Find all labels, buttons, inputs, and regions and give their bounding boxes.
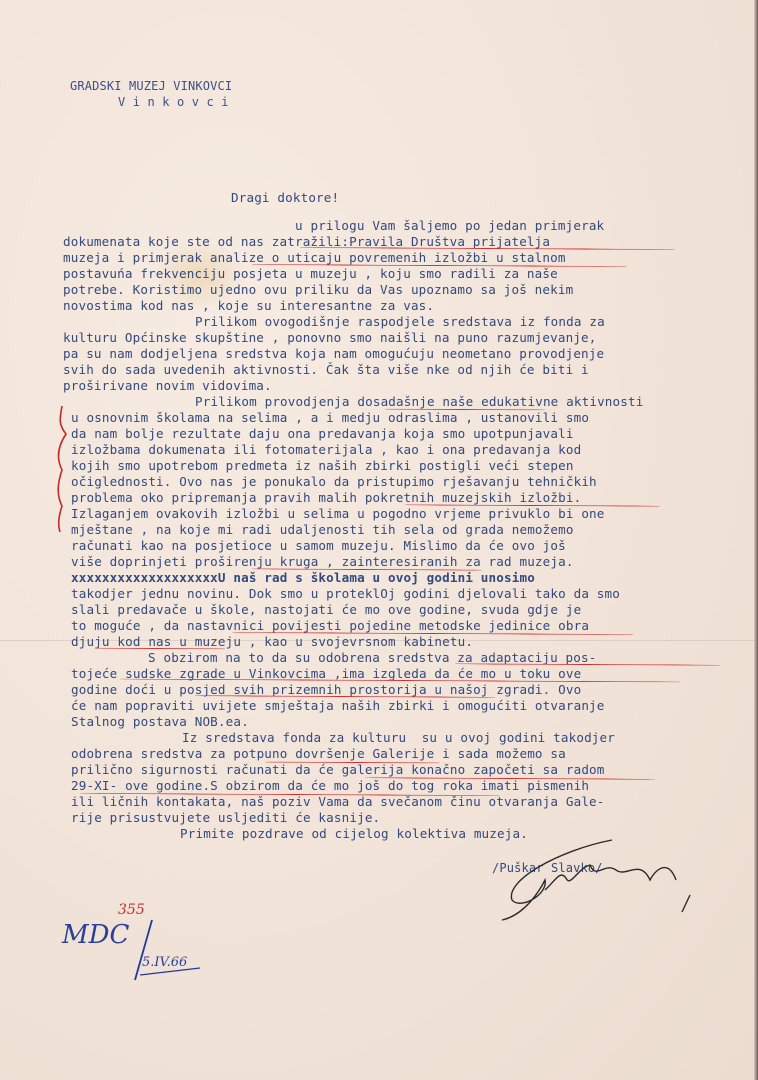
annotation-marks xyxy=(0,0,758,1080)
red-margin-bracket xyxy=(58,406,66,532)
letter-page: GRADSKI MUZEJ VINKOVCI V i n k o v c i D… xyxy=(0,0,758,1080)
registry-date: 5.IV.66 xyxy=(142,955,187,970)
registry-slash xyxy=(135,920,152,980)
registry-number: 355 xyxy=(118,902,145,918)
registry-code: MDC xyxy=(62,920,129,950)
signature-scrawl xyxy=(502,840,690,920)
